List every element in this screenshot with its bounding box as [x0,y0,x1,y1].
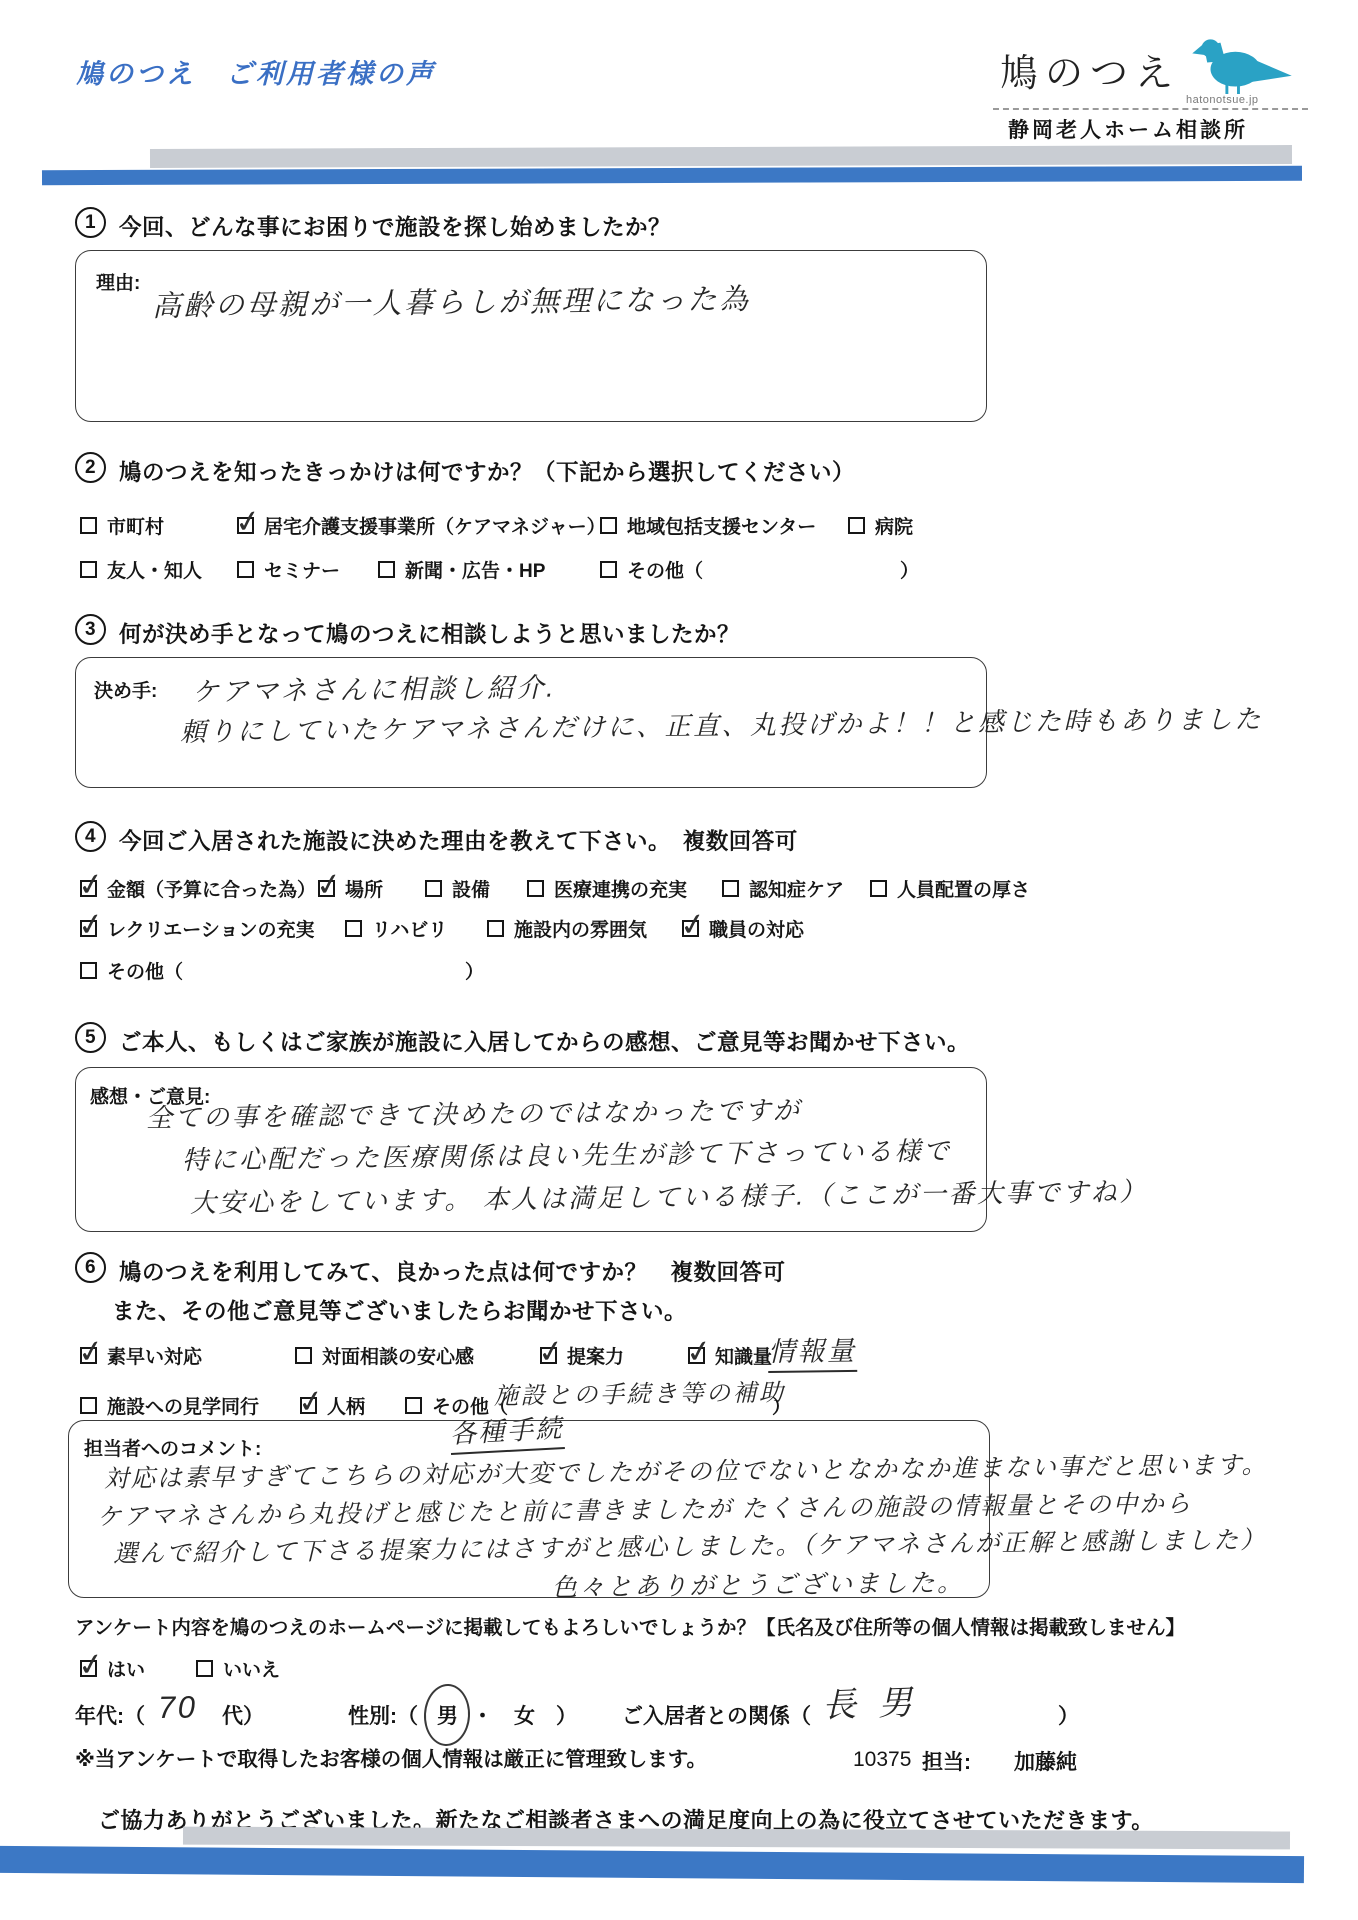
relation-handwritten-value: 長男 [821,1674,935,1727]
q2-option-municipality: 市町村 [80,512,164,539]
privacy-note: ※当アンケートで取得したお客様の個人情報は厳正に管理致します。 [75,1742,707,1772]
checkbox-label: その他（ [107,957,183,984]
checkbox-icon [600,561,617,578]
checkbox-label: 人柄 [327,1392,365,1419]
q1-number-icon: 1 [75,207,106,238]
checkbox-icon [237,517,254,534]
q3-title: 何が決め手となって鳩のつえに相談しようと思いましたか？ [119,617,740,649]
checkbox-label: 素早い対応 [107,1342,202,1369]
checkbox-label: 新聞・広告・HP [405,556,545,583]
staff-name: 加藤純 [1014,1746,1077,1776]
q6-handwritten-note-information: 情報量 [768,1329,857,1373]
relation-label-open: ご入居者との関係（ [622,1700,811,1730]
checkbox-icon [80,561,97,578]
q4-option-recreation: レクリエーションの充実 [80,915,314,942]
survey-scan-page: 鳩のつえ ご利用者様の声 鳩のつえ hatonotsue.jp 静岡老人ホーム相… [0,0,1358,1920]
checkbox-icon [688,1347,705,1364]
q6-option-consultation: 対面相談の安心感 [295,1342,474,1369]
q2-option-other: その他（ [600,556,703,583]
q4-option-medical: 医療連携の充実 [527,875,687,902]
q6-handwritten-other-answer: 施設との手続き等の補助 [494,1372,786,1411]
q4-option-price: 金額（予算に合った為） [80,875,316,902]
logo-subtitle: 静岡老人ホーム相談所 [1008,114,1248,144]
publish-consent-question: アンケート内容を鳩のつえのホームページに掲載してもよろしいでしょうか？【氏名及び… [75,1612,1185,1640]
q4-option-facility: 設備 [425,875,490,902]
checkbox-icon [196,1660,213,1677]
checkbox-label: 施設への見学同行 [107,1392,259,1419]
checkbox-icon [682,920,699,937]
checkbox-label: いいえ [223,1655,280,1682]
checkbox-label: 設備 [452,875,490,902]
checkbox-label: 認知症ケア [749,875,844,902]
checkbox-label: その他（ [627,556,703,583]
q5-heading: 5 ご本人、もしくはご家族が施設に入居してからの感想、ご意見等お聞かせ下さい。 [75,1025,970,1057]
q6-option-knowledge: 知識量 [688,1342,772,1369]
q2-option-care-manager: 居宅介護支援事業所（ケアマネジャー） [237,512,606,539]
checkbox-icon [318,880,335,897]
q4-option-atmosphere: 施設内の雰囲気 [487,915,647,942]
q6-title-line2: また、その他ご意見等ございましたらお聞かせ下さい。 [112,1294,687,1326]
comment-box-label: 担当者へのコメント: [84,1434,261,1461]
checkbox-label: 友人・知人 [107,556,202,583]
publish-option-yes: はい [80,1655,145,1682]
checkbox-icon [722,880,739,897]
q1-answer-box [75,250,987,422]
q1-title: 今回、どんな事にお困りで施設を探し始めましたか？ [119,210,671,242]
checkbox-icon [487,920,504,937]
checkbox-icon [300,1397,317,1414]
q4-number-icon: 4 [75,821,106,852]
checkbox-label: セミナー [264,556,340,583]
q4-option-dementia: 認知症ケア [722,875,844,902]
q1-heading: 1 今回、どんな事にお困りで施設を探し始めましたか？ [75,210,671,242]
q5-number-icon: 5 [75,1022,106,1053]
logo-divider [993,108,1308,110]
q5-title: ご本人、もしくはご家族が施設に入居してからの感想、ご意見等お聞かせ下さい。 [119,1025,970,1057]
checkbox-label: 市町村 [107,512,164,539]
q6-other-close-paren: ） [772,1392,791,1419]
checkbox-label: 病院 [875,512,913,539]
survey-code: 10375 [853,1748,911,1772]
q6-number-icon: 6 [75,1252,106,1283]
q4-title: 今回ご入居された施設に決めた理由を教えて下さい。 複数回答可 [119,824,798,856]
checkbox-label: 場所 [345,875,383,902]
q6-option-proposal: 提案力 [540,1342,624,1369]
q2-option-newspaper: 新聞・広告・HP [378,556,545,583]
checkbox-icon [295,1347,312,1364]
checkbox-icon [345,920,362,937]
staff-label: 担当: [922,1746,971,1776]
comment-handwritten-line4: 色々とありがとうございました。 [552,1563,965,1604]
q4-option-location: 場所 [318,875,383,902]
q6-heading-line2: また、その他ご意見等ございましたらお聞かせ下さい。 [112,1294,687,1326]
footer-bar-blue [0,1846,1304,1883]
q3-box-label: 決め手: [94,676,157,703]
checkbox-icon [870,880,887,897]
q4-option-staffing: 人員配置の厚さ [870,875,1030,902]
q6-option-personality: 人柄 [300,1392,365,1419]
checkbox-label: 提案力 [567,1342,624,1369]
checkbox-icon [80,880,97,897]
q3-handwritten-line1: ケアマネさんに相談し紹介. [192,666,556,709]
publish-option-no: いいえ [196,1655,280,1682]
q2-option-hospital: 病院 [848,512,913,539]
q2-option-community-center: 地域包括支援センター [600,512,816,539]
gender-label-open: 性別:（ [348,1700,418,1730]
q6-option-tour: 施設への見学同行 [80,1392,259,1419]
q4-option-rehab: リハビリ [345,915,447,942]
q2-option-friend: 友人・知人 [80,556,202,583]
q2-number-icon: 2 [75,452,106,483]
checkbox-icon [80,1660,97,1677]
checkbox-icon [80,1347,97,1364]
age-label-close: 代） [222,1700,264,1730]
q3-number-icon: 3 [75,614,106,645]
header-bar-blue [42,166,1302,185]
checkbox-label: 知識量 [715,1342,772,1369]
q3-heading: 3 何が決め手となって鳩のつえに相談しようと思いましたか？ [75,617,740,649]
checkbox-label: レクリエーションの充実 [107,915,314,942]
checkbox-icon [848,517,865,534]
checkbox-icon [425,880,442,897]
checkbox-label: 地域包括支援センター [627,512,816,539]
checkbox-icon [540,1347,557,1364]
q6-title-line1: 鳩のつえを利用してみて、良かった点は何ですか？ 複数回答可 [119,1255,786,1287]
checkbox-label: はい [107,1655,145,1682]
checkbox-icon [527,880,544,897]
checkbox-icon [80,1397,97,1414]
q2-title: 鳩のつえを知ったきっかけは何ですか？（下記から選択してください） [119,455,855,487]
q1-box-label: 理由: [96,268,140,295]
q4-option-other: その他（ [80,957,183,984]
logo-domain-text: hatonotsue.jp [1186,94,1259,106]
checkbox-icon [237,561,254,578]
q2-other-close-paren: ） [900,556,919,583]
checkbox-icon [80,517,97,534]
logo-brand-text: 鳩のつえ [1000,42,1180,97]
q1-handwritten-answer: 高齢の母親が一人暮らしが無理になった為 [152,277,751,325]
header-bar-gray [150,145,1292,168]
q6-option-speedy: 素早い対応 [80,1342,202,1369]
checkbox-icon [80,920,97,937]
checkbox-icon [80,962,97,979]
footer-bar-gray [183,1827,1290,1850]
checkbox-label: 職員の対応 [709,915,804,942]
q4-option-staff-response: 職員の対応 [682,915,804,942]
checkbox-label: 居宅介護支援事業所（ケアマネジャー） [264,512,606,539]
gender-female-and-close: ・ 女 ） [472,1700,577,1730]
checkbox-icon [405,1397,422,1414]
q4-heading: 4 今回ご入居された施設に決めた理由を教えて下さい。 複数回答可 [75,824,798,856]
checkbox-label: 金額（予算に合った為） [107,875,316,902]
checkbox-label: 施設内の雰囲気 [514,915,647,942]
q2-option-seminar: セミナー [237,556,340,583]
q4-other-close-paren: ） [465,957,484,984]
age-label-open: 年代:（ [75,1700,145,1730]
checkbox-label: リハビリ [372,915,447,942]
q2-heading: 2 鳩のつえを知ったきっかけは何ですか？（下記から選択してください） [75,455,855,487]
checkbox-label: 人員配置の厚さ [897,875,1030,902]
pigeon-logo-icon [1192,36,1292,94]
page-title: 鳩のつえ ご利用者様の声 [76,52,436,91]
relation-label-close: ） [1058,1700,1079,1730]
checkbox-icon [600,517,617,534]
age-handwritten-value: 70 [158,1690,198,1726]
checkbox-label: 医療連携の充実 [554,875,687,902]
checkbox-icon [378,561,395,578]
q6-heading-line1: 6 鳩のつえを利用してみて、良かった点は何ですか？ 複数回答可 [75,1255,786,1287]
checkbox-label: 対面相談の安心感 [322,1342,474,1369]
gender-male-circle-mark [422,1683,471,1747]
